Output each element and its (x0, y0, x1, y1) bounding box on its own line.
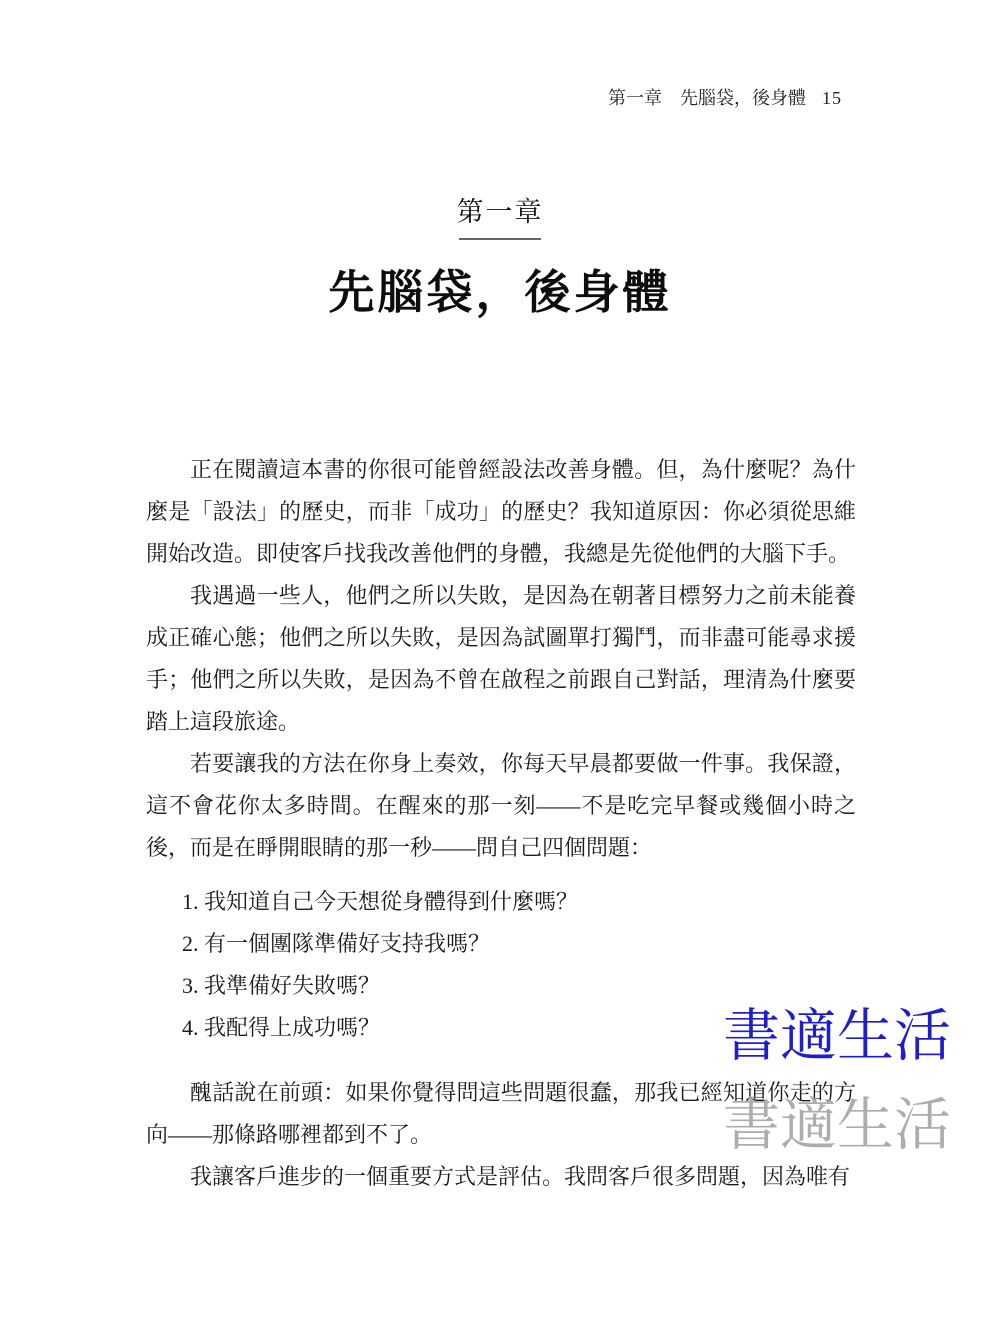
question-item-1: 1. 我知道自己今天想從身體得到什麼嗎？ (182, 881, 856, 923)
body-text: 正在閱讀這本書的你很可能曾經設法改善身體。但，為什麼呢？為什麼是「設法」的歷史，… (146, 449, 856, 1198)
chapter-label: 第一章 (0, 190, 1000, 229)
running-header-chapter: 第一章 (608, 88, 662, 108)
paragraph-1: 正在閱讀這本書的你很可能曾經設法改善身體。但，為什麼呢？為什麼是「設法」的歷史，… (146, 449, 856, 575)
paragraph-5: 我讓客戶進步的一個重要方式是評估。我問客戶很多問題，因為唯有 (146, 1156, 856, 1198)
running-header-title: 先腦袋，後身體 (680, 88, 806, 108)
chapter-heading: 第一章 先腦袋，後身體 (0, 190, 1000, 322)
question-list: 1. 我知道自己今天想從身體得到什麼嗎？ 2. 有一個團隊準備好支持我嗎？ 3.… (146, 881, 856, 1049)
paragraph-4: 醜話說在前頭：如果你覺得問這些問題很蠢，那我已經知道你走的方向——那條路哪裡都到… (146, 1072, 856, 1156)
book-page: 第一章先腦袋，後身體15 第一章 先腦袋，後身體 正在閱讀這本書的你很可能曾經設… (0, 0, 1000, 1341)
paragraph-3: 若要讓我的方法在你身上奏效，你每天早晨都要做一件事。我保證，這不會花你太多時間。… (146, 743, 856, 869)
chapter-title: 先腦袋，後身體 (0, 256, 1000, 322)
question-item-3: 3. 我準備好失敗嗎？ (182, 965, 856, 1007)
chapter-underline (459, 238, 541, 240)
page-number: 15 (822, 88, 842, 108)
question-item-4: 4. 我配得上成功嗎？ (182, 1007, 856, 1049)
paragraph-2: 我遇過一些人，他們之所以失敗，是因為在朝著目標努力之前未能養成正確心態；他們之所… (146, 575, 856, 743)
question-item-2: 2. 有一個團隊準備好支持我嗎？ (182, 923, 856, 965)
running-header: 第一章先腦袋，後身體15 (0, 84, 842, 110)
